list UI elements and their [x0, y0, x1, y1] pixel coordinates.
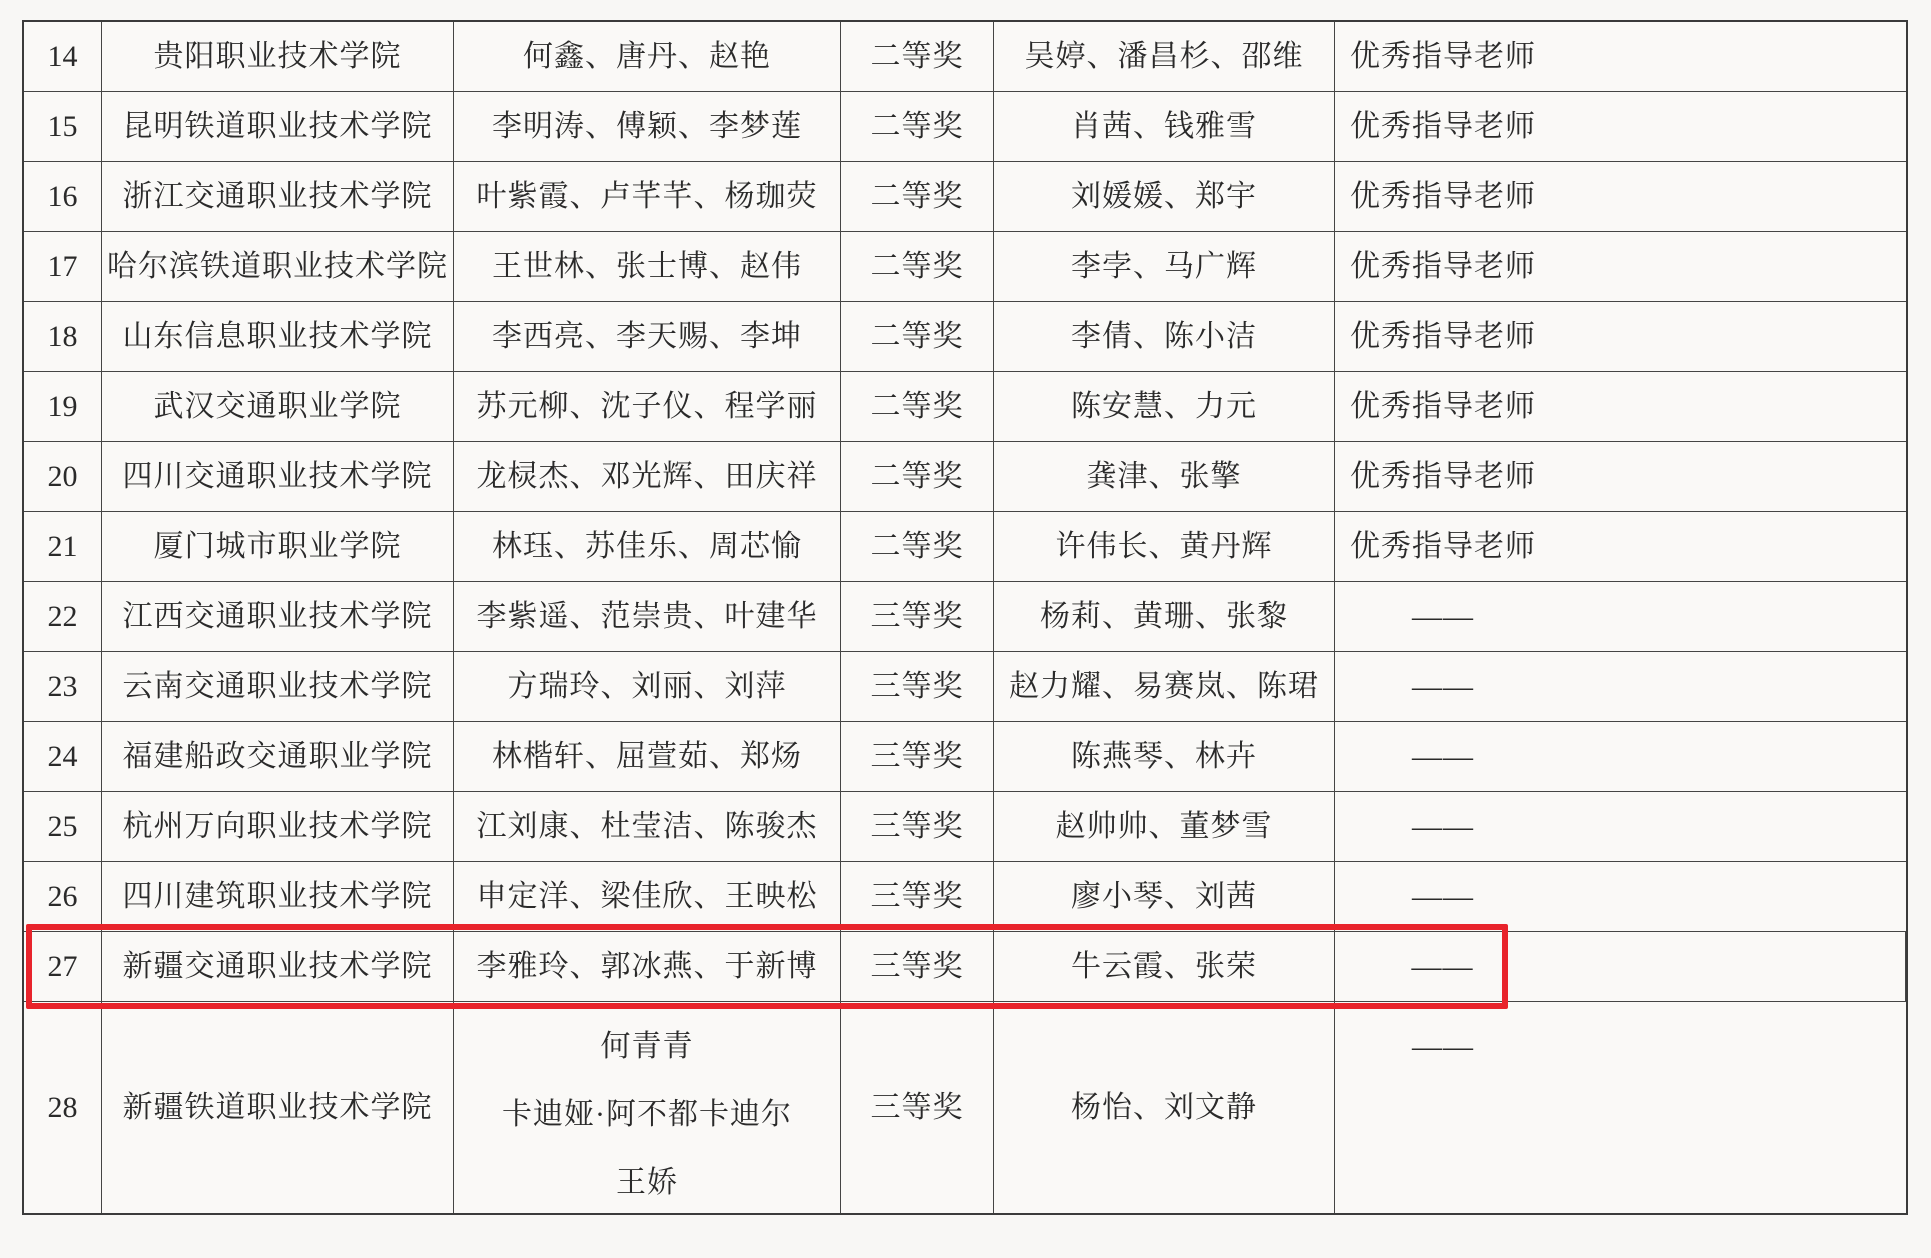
row-number-cell: 16: [24, 162, 102, 231]
school-cell: 四川交通职业技术学院: [102, 442, 454, 511]
honor-title-cell: ——: [1335, 862, 1906, 931]
row-number-cell: 19: [24, 372, 102, 441]
school-cell: 厦门城市职业学院: [102, 512, 454, 581]
award-level-cell: 二等奖: [841, 512, 994, 581]
teachers-cell: 赵帅帅、董梦雪: [994, 792, 1335, 861]
students-cell: 何鑫、唐丹、赵艳: [454, 22, 841, 91]
award-level-cell: 三等奖: [841, 932, 994, 1001]
students-cell: 李明涛、傅颖、李梦莲: [454, 92, 841, 161]
award-level-cell: 二等奖: [841, 302, 994, 371]
award-level-cell: 三等奖: [841, 582, 994, 651]
students-cell: 苏元柳、沈子仪、程学丽: [454, 372, 841, 441]
row-number-cell: 23: [24, 652, 102, 721]
honor-title-cell: 优秀指导老师: [1335, 372, 1906, 441]
school-cell: 江西交通职业技术学院: [102, 582, 454, 651]
row-number-cell: 28: [24, 1002, 102, 1213]
award-table: 14 贵阳职业技术学院 何鑫、唐丹、赵艳 二等奖 吴婷、潘昌杉、邵维 优秀指导老…: [22, 20, 1908, 1215]
award-level-cell: 三等奖: [841, 1002, 994, 1213]
teachers-cell: 杨莉、黄珊、张黎: [994, 582, 1335, 651]
students-cell: 方瑞玲、刘丽、刘萍: [454, 652, 841, 721]
table-row: 14 贵阳职业技术学院 何鑫、唐丹、赵艳 二等奖 吴婷、潘昌杉、邵维 优秀指导老…: [24, 22, 1906, 92]
row-number-cell: 22: [24, 582, 102, 651]
student-name-line: 王娇: [616, 1164, 678, 1202]
table-row: 18 山东信息职业技术学院 李西亮、李天赐、李坤 二等奖 李倩、陈小洁 优秀指导…: [24, 302, 1906, 372]
teachers-cell: 赵力耀、易赛岚、陈珺: [994, 652, 1335, 721]
school-cell: 新疆交通职业技术学院: [102, 932, 454, 1001]
table-row: 24 福建船政交通职业学院 林楷轩、屈萱茹、郑炀 三等奖 陈燕琴、林卉 ——: [24, 722, 1906, 792]
row-number-cell: 20: [24, 442, 102, 511]
teachers-cell: 李倩、陈小洁: [994, 302, 1335, 371]
table-row: 20 四川交通职业技术学院 龙棂杰、邓光辉、田庆祥 二等奖 龚津、张擎 优秀指导…: [24, 442, 1906, 512]
table-row: 16 浙江交通职业技术学院 叶紫霞、卢芊芊、杨珈荧 二等奖 刘媛媛、郑宇 优秀指…: [24, 162, 1906, 232]
honor-title-cell: ——: [1335, 932, 1906, 1001]
table-row: 15 昆明铁道职业技术学院 李明涛、傅颖、李梦莲 二等奖 肖茜、钱雅雪 优秀指导…: [24, 92, 1906, 162]
award-level-cell: 二等奖: [841, 92, 994, 161]
table-row: 27 新疆交通职业技术学院 李雅玲、郭冰燕、于新博 三等奖 牛云霞、张荣 ——: [24, 932, 1906, 1002]
honor-title-cell: ——: [1335, 792, 1906, 861]
honor-title-cell: 优秀指导老师: [1335, 162, 1906, 231]
row-number-cell: 24: [24, 722, 102, 791]
student-name-line: 何青青: [601, 1028, 694, 1066]
students-cell: 林楷轩、屈萱茹、郑炀: [454, 722, 841, 791]
award-level-cell: 二等奖: [841, 22, 994, 91]
award-level-cell: 二等奖: [841, 232, 994, 301]
students-cell: 李雅玲、郭冰燕、于新博: [454, 932, 841, 1001]
table-row: 19 武汉交通职业学院 苏元柳、沈子仪、程学丽 二等奖 陈安慧、力元 优秀指导老…: [24, 372, 1906, 442]
students-cell: 江刘康、杜莹洁、陈骏杰: [454, 792, 841, 861]
honor-title-cell: ——: [1335, 652, 1906, 721]
honor-title-cell: 优秀指导老师: [1335, 442, 1906, 511]
school-cell: 云南交通职业技术学院: [102, 652, 454, 721]
row-number-cell: 27: [24, 932, 102, 1001]
teachers-cell: 吴婷、潘昌杉、邵维: [994, 22, 1335, 91]
row-number-cell: 25: [24, 792, 102, 861]
student-name-line: 卡迪娅·阿不都卡迪尔: [502, 1096, 792, 1134]
honor-title-cell: 优秀指导老师: [1335, 22, 1906, 91]
table-row: 21 厦门城市职业学院 林珏、苏佳乐、周芯愉 二等奖 许伟长、黄丹辉 优秀指导老…: [24, 512, 1906, 582]
row-number-cell: 18: [24, 302, 102, 371]
teachers-cell: 肖茜、钱雅雪: [994, 92, 1335, 161]
students-cell: 叶紫霞、卢芊芊、杨珈荧: [454, 162, 841, 231]
teachers-cell: 李孛、马广辉: [994, 232, 1335, 301]
award-level-cell: 二等奖: [841, 162, 994, 231]
school-cell: 四川建筑职业技术学院: [102, 862, 454, 931]
award-level-cell: 三等奖: [841, 792, 994, 861]
teachers-cell: 牛云霞、张荣: [994, 932, 1335, 1001]
row-number-cell: 17: [24, 232, 102, 301]
award-level-cell: 三等奖: [841, 722, 994, 791]
students-cell: 王世林、张士博、赵伟: [454, 232, 841, 301]
teachers-cell: 陈安慧、力元: [994, 372, 1335, 441]
honor-title-cell: ——: [1335, 582, 1906, 651]
row-number-cell: 21: [24, 512, 102, 581]
honor-title-cell: 优秀指导老师: [1335, 302, 1906, 371]
table-row: 25 杭州万向职业技术学院 江刘康、杜莹洁、陈骏杰 三等奖 赵帅帅、董梦雪 ——: [24, 792, 1906, 862]
teachers-cell: 陈燕琴、林卉: [994, 722, 1335, 791]
school-cell: 浙江交通职业技术学院: [102, 162, 454, 231]
table-row: 22 江西交通职业技术学院 李紫遥、范崇贵、叶建华 三等奖 杨莉、黄珊、张黎 —…: [24, 582, 1906, 652]
award-level-cell: 三等奖: [841, 862, 994, 931]
table-row: 23 云南交通职业技术学院 方瑞玲、刘丽、刘萍 三等奖 赵力耀、易赛岚、陈珺 —…: [24, 652, 1906, 722]
award-level-cell: 三等奖: [841, 652, 994, 721]
students-cell: 林珏、苏佳乐、周芯愉: [454, 512, 841, 581]
honor-title-cell: 优秀指导老师: [1335, 512, 1906, 581]
school-cell: 杭州万向职业技术学院: [102, 792, 454, 861]
students-cell: 龙棂杰、邓光辉、田庆祥: [454, 442, 841, 511]
school-cell: 福建船政交通职业学院: [102, 722, 454, 791]
row-number-cell: 15: [24, 92, 102, 161]
students-cell: 申定洋、梁佳欣、王映松: [454, 862, 841, 931]
students-cell: 李西亮、李天赐、李坤: [454, 302, 841, 371]
award-level-cell: 二等奖: [841, 372, 994, 441]
table-row: 26 四川建筑职业技术学院 申定洋、梁佳欣、王映松 三等奖 廖小琴、刘茜 ——: [24, 862, 1906, 932]
honor-title-cell: 优秀指导老师: [1335, 232, 1906, 301]
teachers-cell: 龚津、张擎: [994, 442, 1335, 511]
row-number-cell: 14: [24, 22, 102, 91]
page-canvas: 14 贵阳职业技术学院 何鑫、唐丹、赵艳 二等奖 吴婷、潘昌杉、邵维 优秀指导老…: [0, 0, 1931, 1258]
school-cell: 武汉交通职业学院: [102, 372, 454, 441]
students-cell: 何青青卡迪娅·阿不都卡迪尔王娇: [454, 1002, 841, 1213]
students-cell: 李紫遥、范崇贵、叶建华: [454, 582, 841, 651]
teachers-cell: 廖小琴、刘茜: [994, 862, 1335, 931]
school-cell: 贵阳职业技术学院: [102, 22, 454, 91]
teachers-cell: 许伟长、黄丹辉: [994, 512, 1335, 581]
school-cell: 哈尔滨铁道职业技术学院: [102, 232, 454, 301]
table-row: 17 哈尔滨铁道职业技术学院 王世林、张士博、赵伟 二等奖 李孛、马广辉 优秀指…: [24, 232, 1906, 302]
honor-title-cell: ——: [1335, 1002, 1906, 1213]
row-number-cell: 26: [24, 862, 102, 931]
award-level-cell: 二等奖: [841, 442, 994, 511]
school-cell: 昆明铁道职业技术学院: [102, 92, 454, 161]
honor-title-cell: ——: [1335, 722, 1906, 791]
teachers-cell: 杨怡、刘文静: [994, 1002, 1335, 1213]
honor-title-cell: 优秀指导老师: [1335, 92, 1906, 161]
table-row: 28 新疆铁道职业技术学院 何青青卡迪娅·阿不都卡迪尔王娇 三等奖 杨怡、刘文静…: [24, 1002, 1906, 1213]
school-cell: 山东信息职业技术学院: [102, 302, 454, 371]
school-cell: 新疆铁道职业技术学院: [102, 1002, 454, 1213]
teachers-cell: 刘媛媛、郑宇: [994, 162, 1335, 231]
